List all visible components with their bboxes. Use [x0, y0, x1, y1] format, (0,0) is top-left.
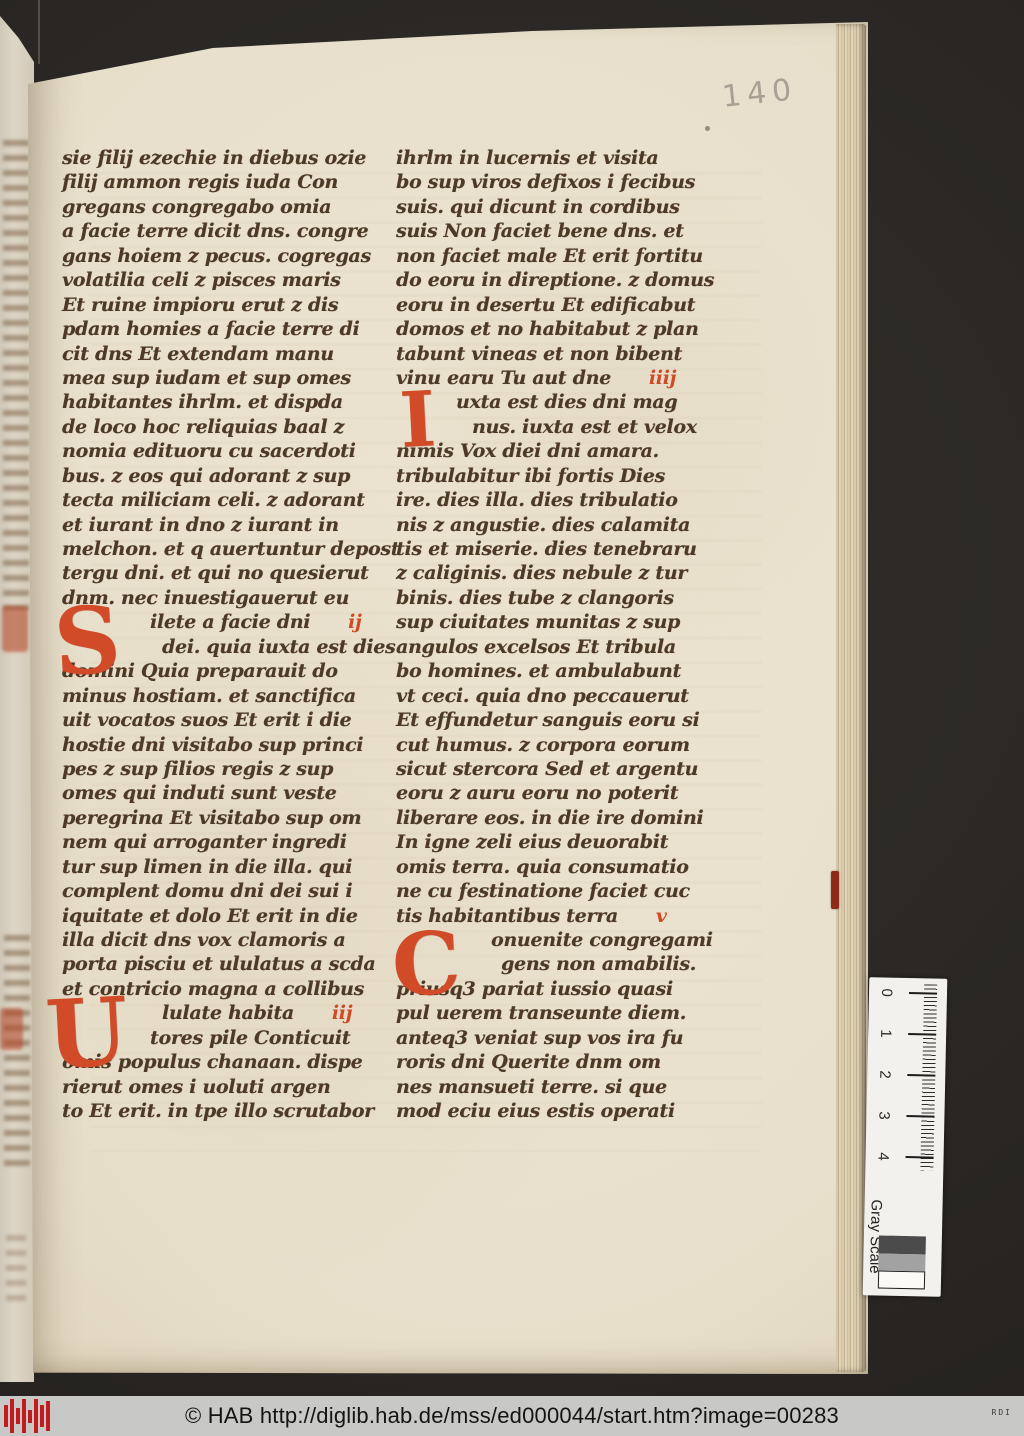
manuscript-line: a facie terre dicit dns. congre	[62, 219, 400, 243]
ruler-tick-number: 0	[877, 982, 897, 1002]
manuscript-line: bo homines. et ambulabunt	[396, 659, 734, 683]
manuscript-line: eoru in desertu Et edificabut	[396, 293, 734, 317]
manuscript-line: to Et erit. in tpe illo scrutabor	[62, 1099, 400, 1123]
manuscript-line: ne cu festinatione faciet cuc	[396, 879, 734, 903]
manuscript-line: Et ruine impioru erut z dis	[62, 293, 400, 317]
ruler-tick-number: 2	[875, 1064, 895, 1084]
manuscript-line: tecta miliciam celi. z adorant	[62, 488, 400, 512]
ruler-major-tick	[906, 1156, 934, 1159]
bleedthrough-red-initial-smudge	[0, 1008, 23, 1050]
red-edge-mark	[831, 871, 839, 909]
manuscript-line: Et effundetur sanguis eoru si	[396, 708, 734, 732]
manuscript-line: uxta est dies dni mag	[396, 390, 734, 414]
color-calibration-stripes-icon	[4, 1399, 58, 1433]
manuscript-line: do eoru in direptione. z domus	[396, 268, 734, 292]
page-edge-line	[38, 0, 40, 64]
rubricated-initial-c: C	[390, 924, 462, 1005]
lectio-numeral: ij	[348, 611, 362, 633]
manuscript-line: tis et miserie. dies tenebraru	[396, 537, 734, 561]
manuscript-line: gans hoiem z pecus. cogregas	[62, 244, 400, 268]
manuscript-line: gregans congregabo omia	[62, 195, 400, 219]
manuscript-line: et iurant in dno z iurant in	[62, 513, 400, 537]
ruler-tick-number: 1	[876, 1023, 896, 1043]
manuscript-line: de loco hoc reliquias baal z	[62, 415, 400, 439]
manuscript-line: anteq3 veniat sup vos ira fu	[396, 1026, 734, 1050]
manuscript-line: bus. z eos qui adorant z sup	[62, 464, 400, 488]
manuscript-line: complent domu dni dei sui i	[62, 879, 400, 903]
manuscript-line: cit dns Et extendam manu	[62, 342, 400, 366]
manuscript-line: mod eciu eius estis operati	[396, 1099, 734, 1123]
manuscript-line: pes z sup filios regis z sup	[62, 757, 400, 781]
manuscript-scan-photo: 140 sie filij ezechie in diebus oziefili…	[0, 0, 1024, 1436]
manuscript-line: omis terra. quia consumatio	[396, 855, 734, 879]
manuscript-line: melchon. et q auertuntur depost	[62, 537, 400, 561]
rubricated-initial-i: I	[398, 385, 437, 455]
manuscript-line: illa dicit dns vox clamoris a	[62, 928, 400, 952]
gray-scale-card: 01234 Gray Scale	[863, 977, 948, 1297]
copyright-caption: © HAB http://diglib.hab.de/mss/ed000044/…	[185, 1403, 839, 1429]
manuscript-line: habitantes ihrlm. et dispda	[62, 390, 400, 414]
manuscript-line: angulos excelsos Et tribula	[396, 635, 734, 659]
rubricated-initial-u: U	[44, 990, 130, 1079]
manuscript-line: ire. dies illa. dies tribulatio	[396, 488, 734, 512]
manuscript-line: nes mansueti terre. si que	[396, 1075, 734, 1099]
manuscript-line: eoru z auru eoru no poterit	[396, 781, 734, 805]
manuscript-line: nis z angustie. dies calamita	[396, 513, 734, 537]
manuscript-line: domos et no habitabut z plan	[396, 317, 734, 341]
manuscript-line: tabunt vineas et non bibent	[396, 342, 734, 366]
ruler-major-tick	[907, 1074, 935, 1077]
manuscript-line: sup ciuitates munitas z sup	[396, 610, 734, 634]
manuscript-line: tur sup limen in die illa. qui	[62, 855, 400, 879]
manuscript-line: liberare eos. in die ire domini	[396, 806, 734, 830]
gray-patch-mid	[878, 1253, 925, 1271]
lectio-numeral: v	[656, 905, 667, 927]
ruler-tick-number: 4	[873, 1146, 893, 1166]
manuscript-line: filij ammon regis iuda Con	[62, 170, 400, 194]
bleedthrough-text-smudge	[4, 935, 30, 1170]
book-fore-edge	[836, 24, 866, 1372]
caption-bar: © HAB http://diglib.hab.de/mss/ed000044/…	[0, 1396, 1024, 1436]
manuscript-line: In igne zeli eius deuorabit	[396, 830, 734, 854]
manuscript-line: cut humus. z corpora eorum	[396, 733, 734, 757]
manuscript-line: nomia edituoru cu sacerdoti	[62, 439, 400, 463]
manuscript-line: hostie dni visitabo sup princi	[62, 733, 400, 757]
manuscript-line: bo sup viros defixos i fecibus	[396, 170, 734, 194]
manuscript-line: iquitate et dolo Et erit in die	[62, 904, 400, 928]
manuscript-line: nimis Vox diei dni amara.	[396, 439, 734, 463]
manuscript-line: roris dni Querite dnm om	[396, 1050, 734, 1074]
manuscript-line: non faciet male Et erit fortitu	[396, 244, 734, 268]
manuscript-line: nem qui arroganter ingredi	[62, 830, 400, 854]
manuscript-line: z caliginis. dies nebule z tur	[396, 561, 734, 585]
ruler-minor-ticks	[920, 984, 937, 1170]
ruler-major-ticks: 01234	[869, 977, 947, 979]
ruler-major-tick	[906, 1115, 934, 1118]
lectio-numeral: iij	[332, 1002, 352, 1024]
bleedthrough-text-smudge	[6, 1235, 26, 1305]
gray-patch-dark	[879, 1235, 926, 1253]
lectio-numeral: iiij	[649, 367, 676, 389]
manuscript-line: omes qui induti sunt veste	[62, 781, 400, 805]
bleedthrough-text-smudge	[3, 140, 29, 610]
rubricated-initial-s: S	[52, 598, 123, 684]
manuscript-line: binis. dies tube z clangoris	[396, 586, 734, 610]
manuscript-line: nus. iuxta est et velox	[396, 415, 734, 439]
manuscript-line: tergu dni. et qui no quesierut	[62, 561, 400, 585]
ruler-major-tick	[909, 992, 937, 995]
ruler-tick-number: 3	[874, 1105, 894, 1125]
manuscript-line: peregrina Et visitabo sup om	[62, 806, 400, 830]
manuscript-line: vinu earu Tu aut dneiiij	[396, 366, 734, 390]
bleedthrough-red-initial-smudge	[2, 606, 28, 652]
ruler-major-tick	[908, 1033, 936, 1036]
manuscript-line: volatilia celi z pisces maris	[62, 268, 400, 292]
manuscript-line: tribulabitur ibi fortis Dies	[396, 464, 734, 488]
ink-dot	[705, 126, 710, 131]
manuscript-line: vt ceci. quia dno peccauerut	[396, 684, 734, 708]
manuscript-line: porta pisciu et ululatus a scda	[62, 952, 400, 976]
manuscript-line: suis Non faciet bene dns. et	[396, 219, 734, 243]
manuscript-line: uit vocatos suos Et erit i die	[62, 708, 400, 732]
corner-mark: RDI	[992, 1408, 1012, 1417]
manuscript-line: pdam homies a facie terre di	[62, 317, 400, 341]
manuscript-line: mea sup iudam et sup omes	[62, 366, 400, 390]
manuscript-line: sicut stercora Sed et argentu	[396, 757, 734, 781]
manuscript-line: suis. qui dicunt in cordibus	[396, 195, 734, 219]
gray-patch-white	[878, 1270, 925, 1288]
manuscript-line: sie filij ezechie in diebus ozie	[62, 146, 400, 170]
manuscript-line: ihrlm in lucernis et visita	[396, 146, 734, 170]
